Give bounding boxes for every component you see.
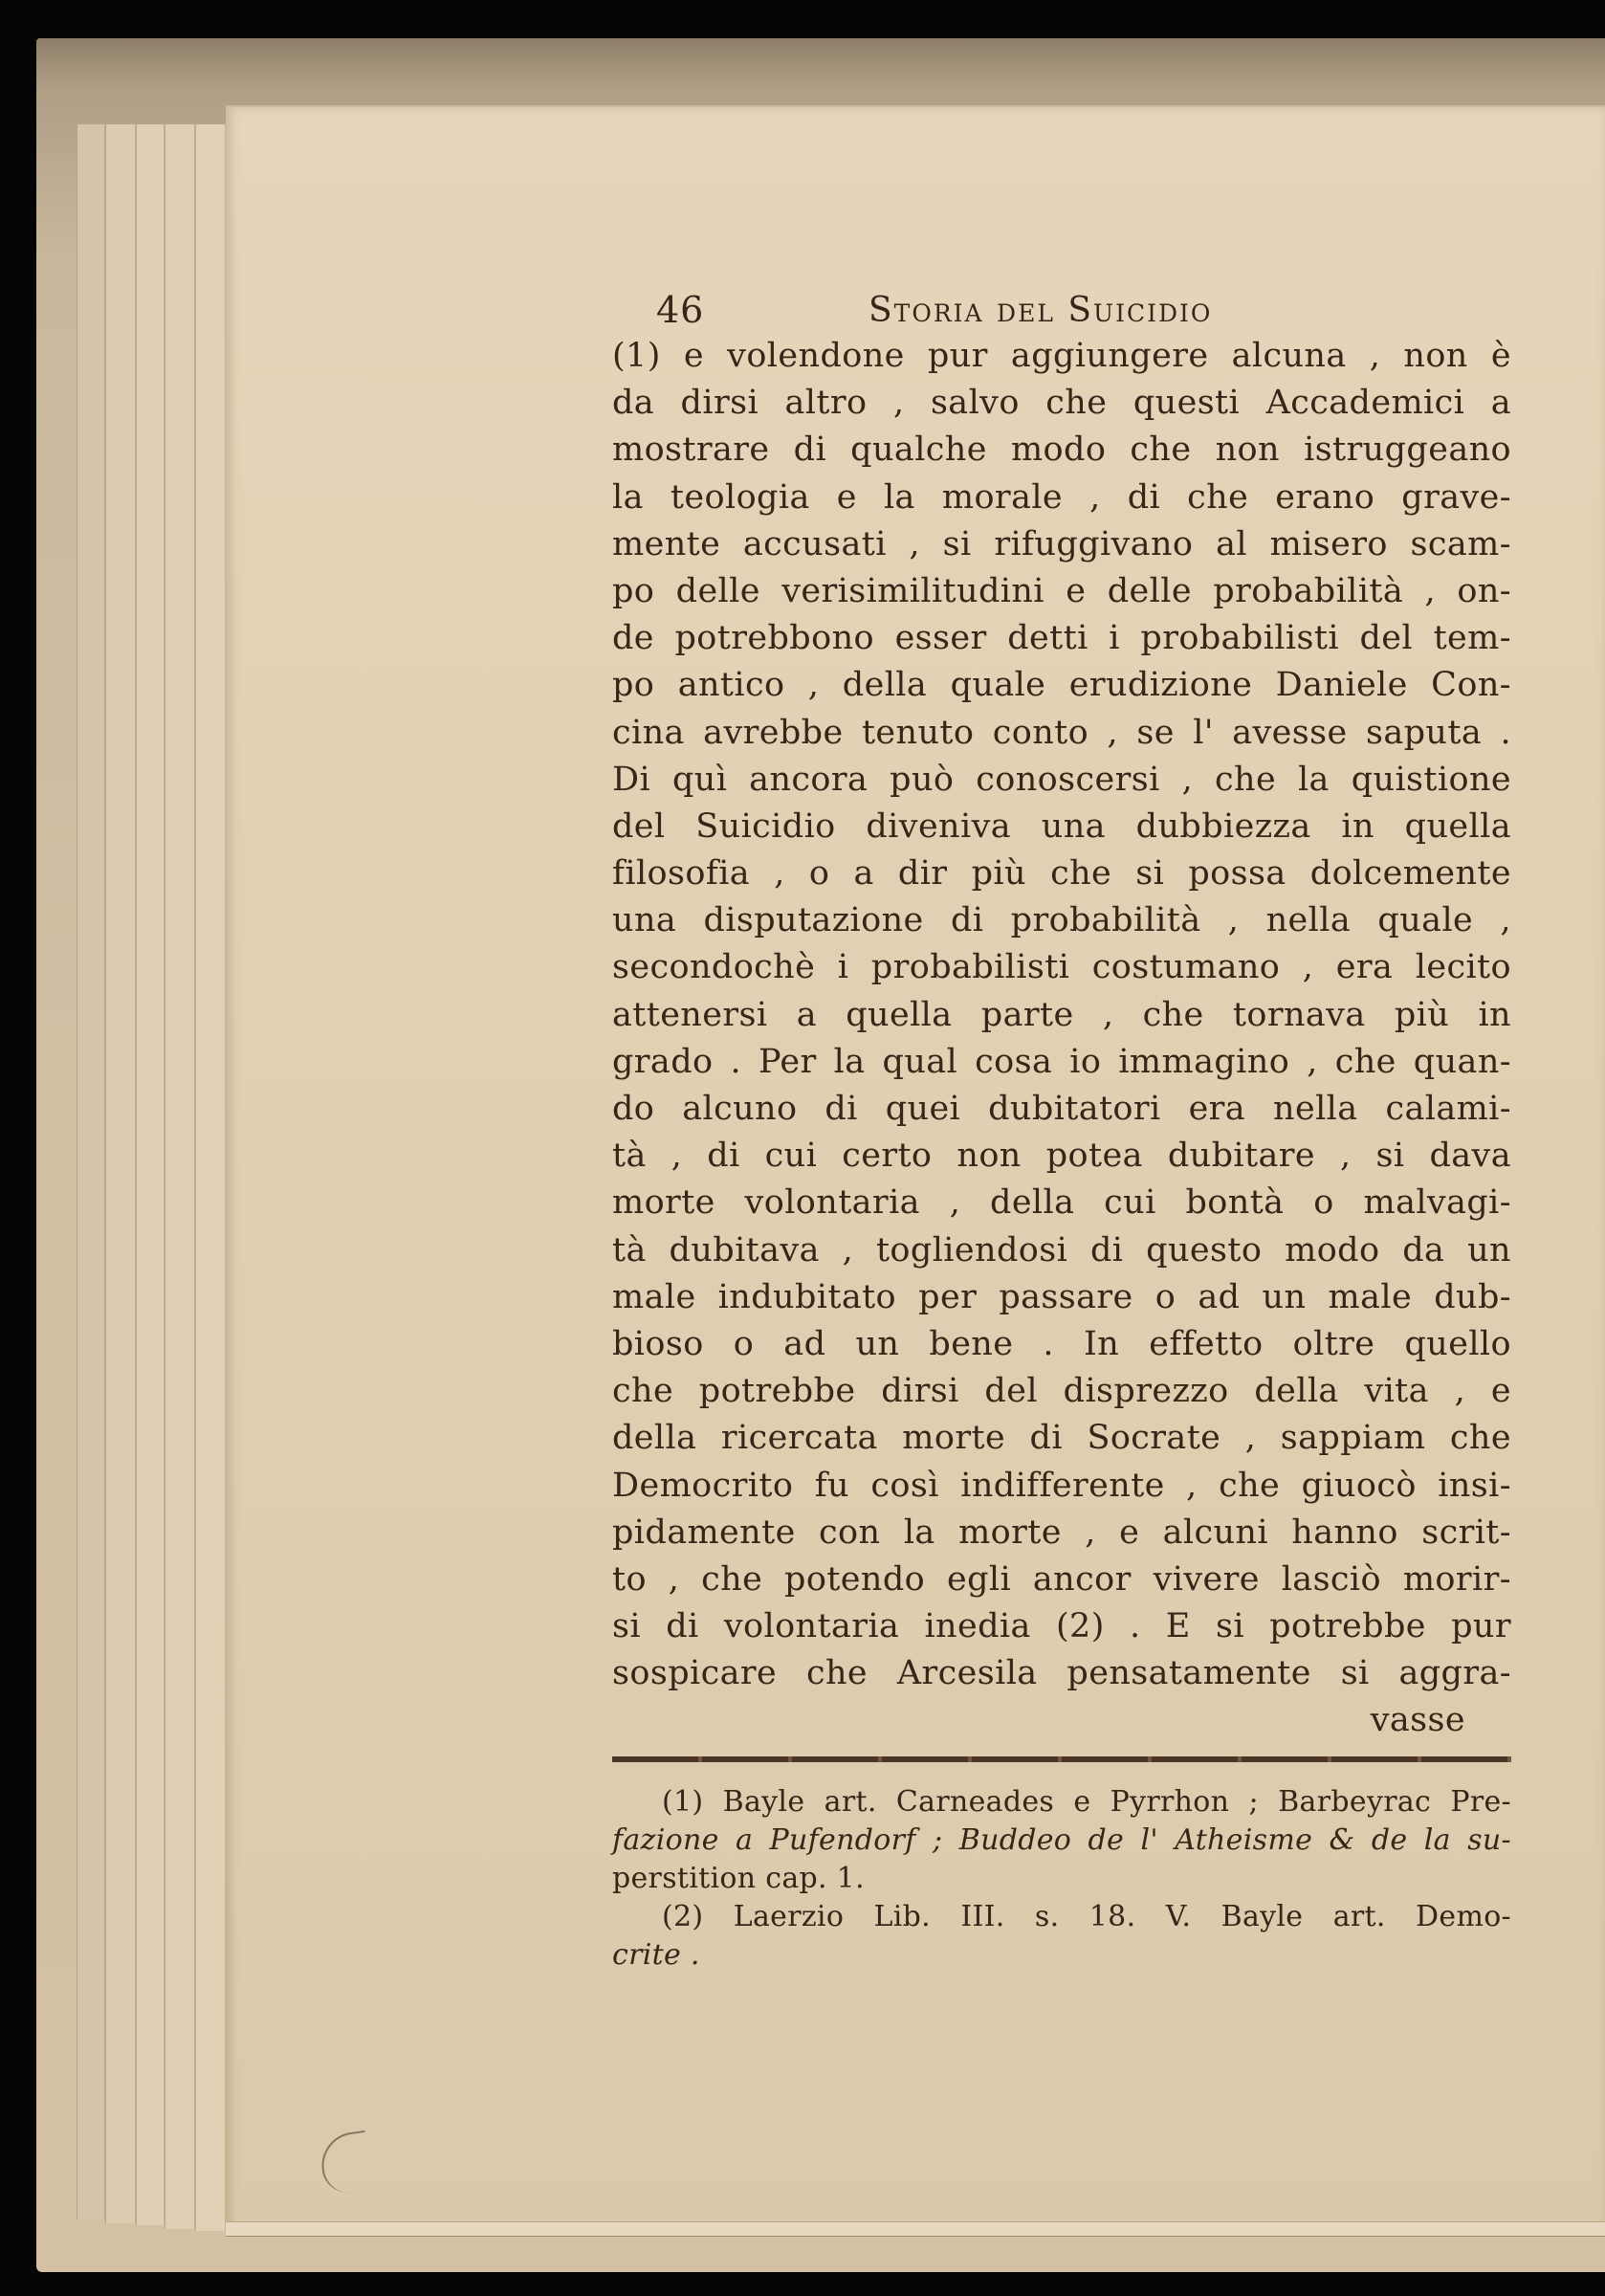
- text-line: filosofia , o a dir più che si possa dol…: [612, 850, 1511, 897]
- text-line: Democrito fu così indifferente , che giu…: [612, 1463, 1511, 1510]
- text-line: Di quì ancora può conoscersi , che la qu…: [612, 757, 1511, 804]
- text-line: la teologia e la morale , di che erano g…: [612, 475, 1511, 521]
- printed-text-block: 46 Storia del Suicidio (1) e volendone p…: [612, 287, 1511, 1975]
- footnote-line: crite .: [612, 1936, 1511, 1975]
- page-edge-stack: [165, 124, 195, 2229]
- text-line: do alcuno di quei dubitatori era nella c…: [612, 1086, 1511, 1133]
- text-line: una disputazione di probabilità , nella …: [612, 897, 1511, 944]
- running-title: Storia del Suicidio: [868, 291, 1212, 330]
- page-edge-stack: [105, 124, 136, 2223]
- footnote-line: perstition cap. 1.: [612, 1860, 1511, 1898]
- book-top-edge: [36, 38, 1605, 98]
- text-line: male indubitato per passare o ad un male…: [612, 1274, 1511, 1321]
- running-head: 46 Storia del Suicidio: [612, 287, 1511, 333]
- text-line: (1) e volendone pur aggiungere alcuna , …: [612, 333, 1511, 380]
- book-photo-scene: 46 Storia del Suicidio (1) e volendone p…: [0, 0, 1605, 2296]
- footnote-divider-rule: [612, 1756, 1511, 1762]
- text-line: cina avrebbe tenuto conto , se l' avesse…: [612, 710, 1511, 757]
- catchword: vasse: [612, 1697, 1511, 1744]
- text-line: de potrebbono esser detti i probabilisti…: [612, 615, 1511, 662]
- text-line: da dirsi altro , salvo che questi Accade…: [612, 380, 1511, 427]
- page-edge-stack: [195, 124, 226, 2231]
- text-line: mostrare di qualche modo che non istrugg…: [612, 427, 1511, 474]
- text-line: grado . Per la qual cosa io immagino , c…: [612, 1039, 1511, 1086]
- text-line: sospicare che Arcesila pensatamente si a…: [612, 1650, 1511, 1697]
- text-line: mente accusati , si rifuggivano al miser…: [612, 521, 1511, 568]
- page-edge-stack: [136, 124, 165, 2225]
- body-text: (1) e volendone pur aggiungere alcuna , …: [612, 333, 1511, 1745]
- text-line: morte volontaria , della cui bontà o mal…: [612, 1180, 1511, 1226]
- page-bottom-edge: [226, 2221, 1605, 2237]
- text-line: to , che potendo egli ancor vivere lasci…: [612, 1556, 1511, 1603]
- text-line: po delle verisimilitudini e delle probab…: [612, 568, 1511, 615]
- text-line: bioso o ad un bene . In effetto oltre qu…: [612, 1321, 1511, 1368]
- footnote-line: fazione a Pufendorf ; Buddeo de l' Athei…: [612, 1821, 1511, 1860]
- text-line: pidamente con la morte , e alcuni hanno …: [612, 1510, 1511, 1556]
- text-line: po antico , della quale erudizione Danie…: [612, 662, 1511, 709]
- text-line: che potrebbe dirsi del disprezzo della v…: [612, 1368, 1511, 1415]
- text-line: si di volontaria inedia (2) . E si potre…: [612, 1603, 1511, 1650]
- text-line: attenersi a quella parte , che tornava p…: [612, 992, 1511, 1039]
- page-number: 46: [656, 289, 704, 331]
- text-line: tà dubitava , togliendosi di questo modo…: [612, 1227, 1511, 1274]
- text-line: della ricercata morte di Socrate , sappi…: [612, 1415, 1511, 1462]
- footnote-line: (1) Bayle art. Carneades e Pyrrhon ; Bar…: [612, 1783, 1511, 1821]
- footnote-line: (2) Laerzio Lib. III. s. 18. V. Bayle ar…: [612, 1898, 1511, 1936]
- text-line: del Suicidio diveniva una dubbiezza in q…: [612, 804, 1511, 850]
- text-line: secondochè i probabilisti costumano , er…: [612, 944, 1511, 991]
- page-edge-stack: [77, 124, 105, 2219]
- text-line: tà , di cui certo non potea dubitare , s…: [612, 1133, 1511, 1180]
- footnotes: (1) Bayle art. Carneades e Pyrrhon ; Bar…: [612, 1783, 1511, 1975]
